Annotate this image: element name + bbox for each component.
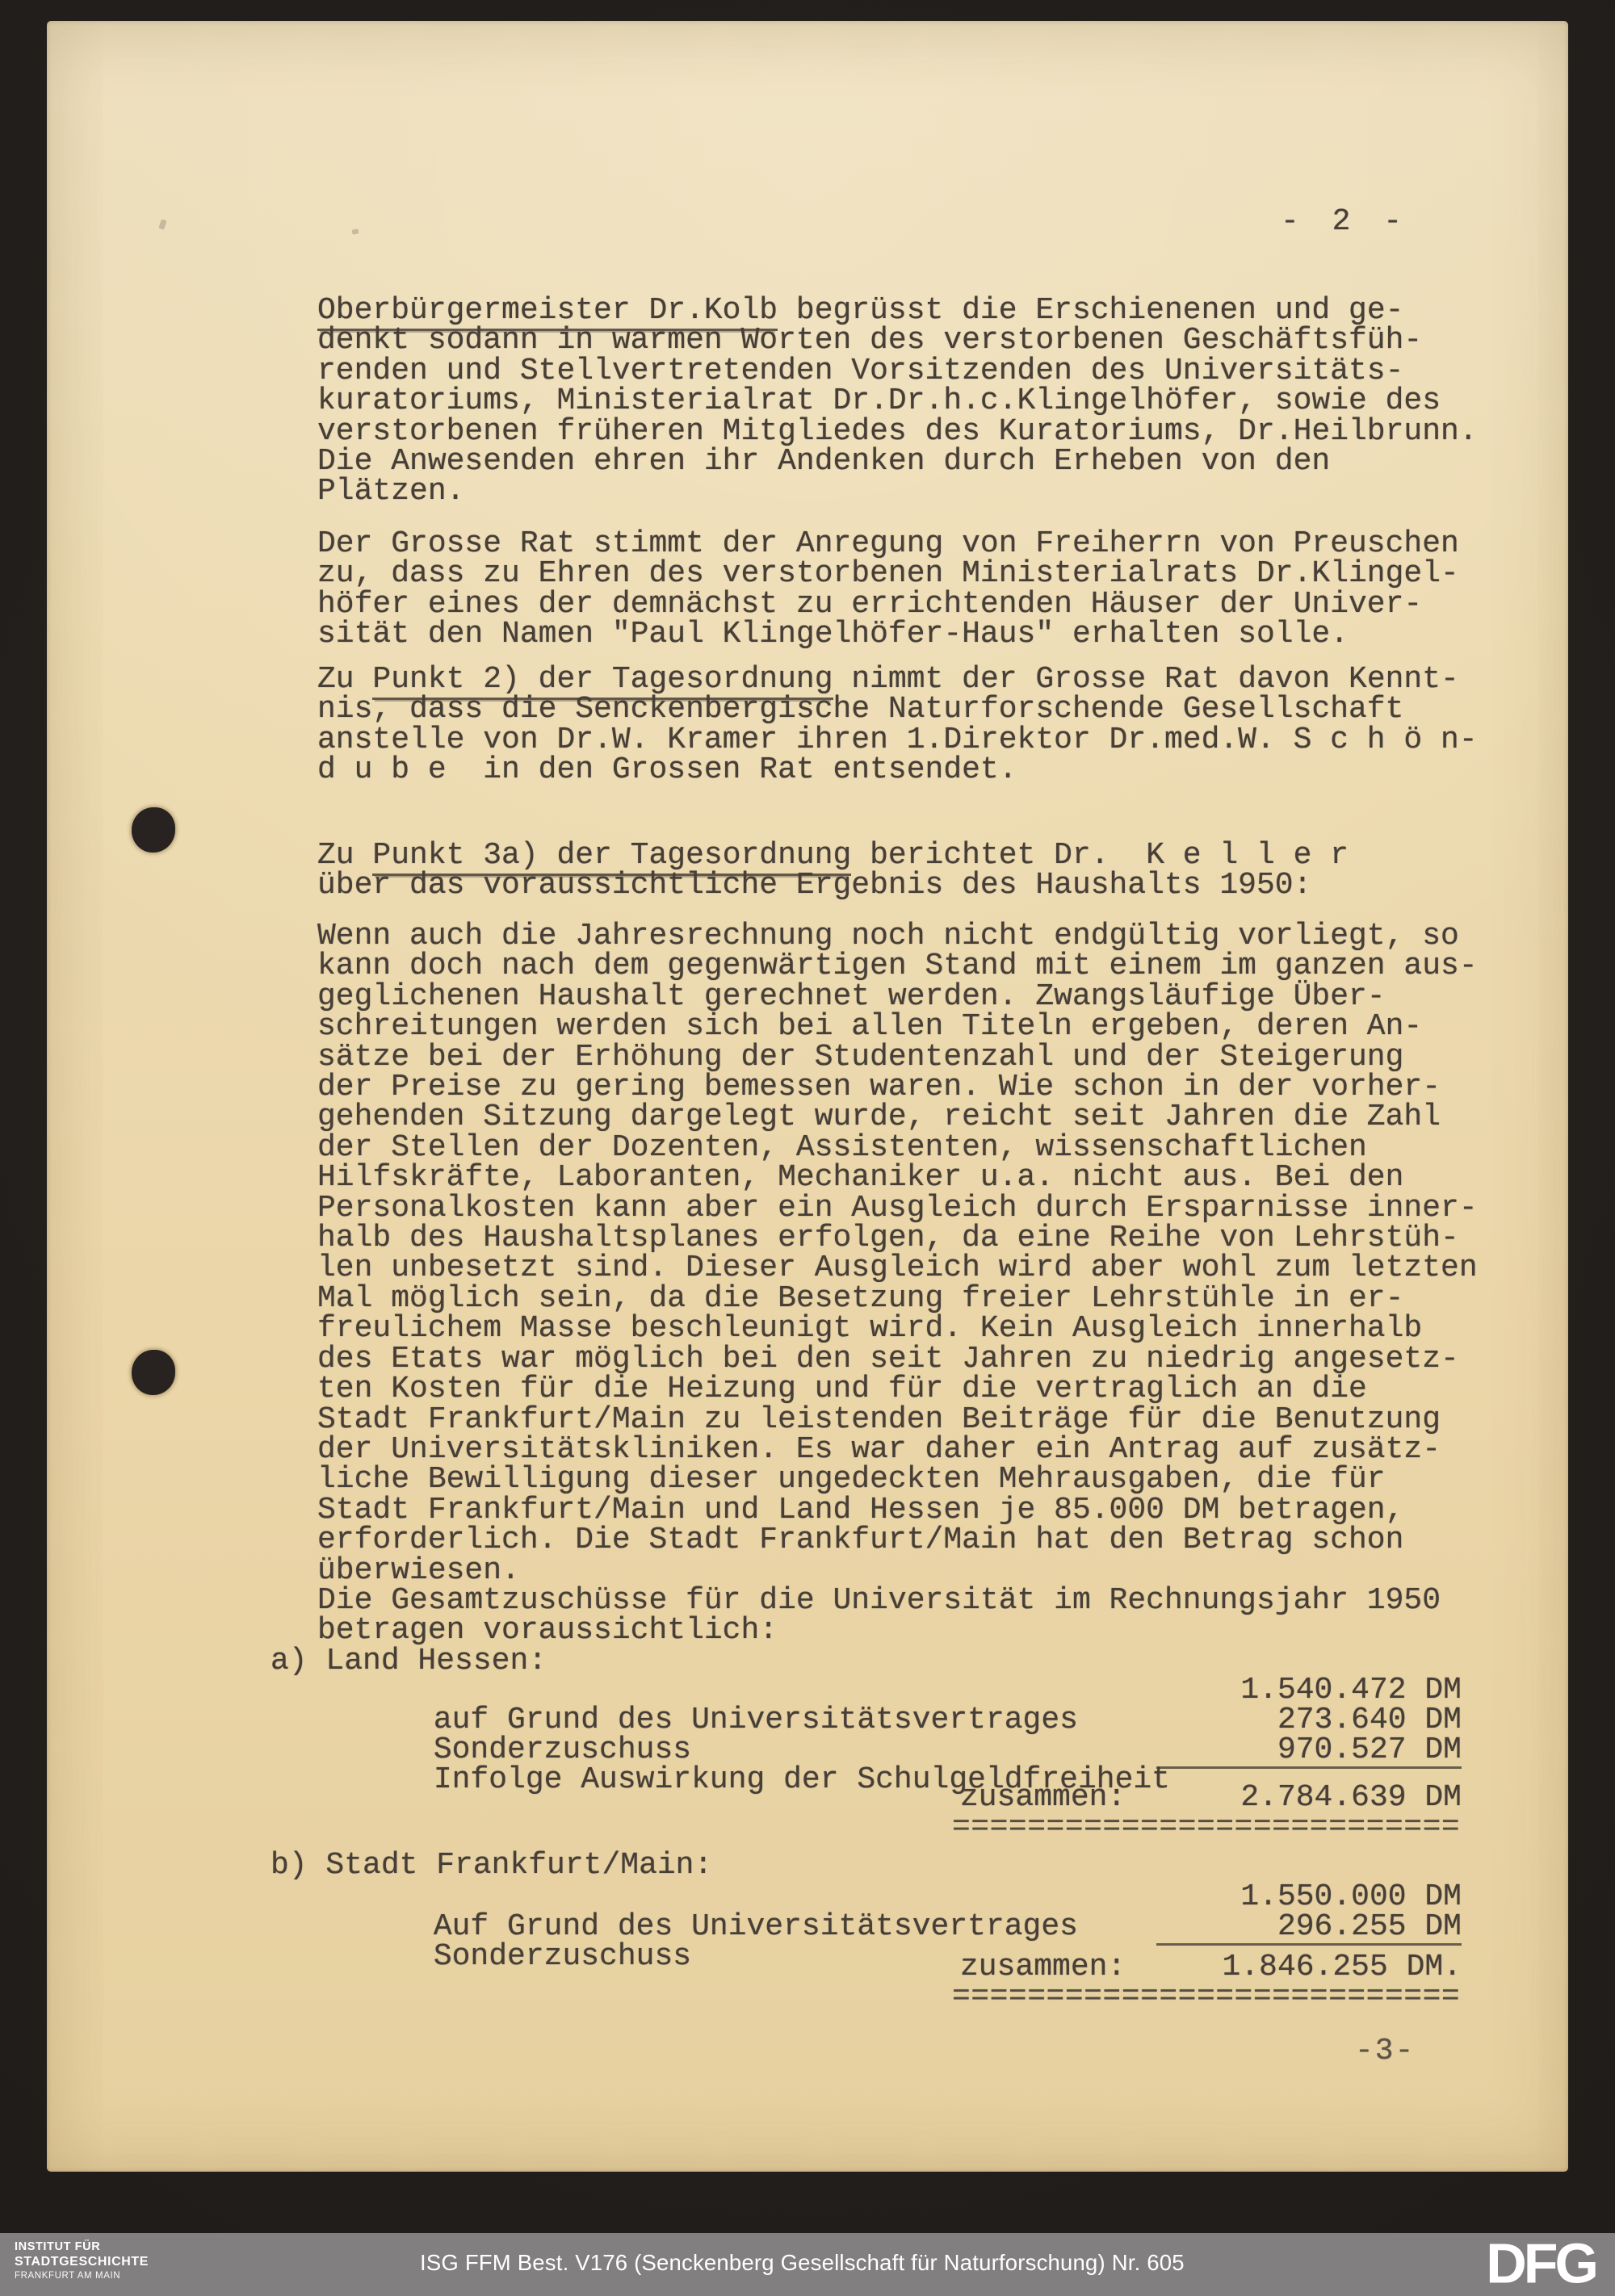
row-amount-underlined: 296.255 DM: [1156, 1912, 1462, 1946]
institute-line1: INSTITUT FÜR: [15, 2239, 149, 2254]
caption-bar: INSTITUT FÜR STADTGESCHICHTE FRANKFURT A…: [0, 2233, 1615, 2296]
total-amount: 1.846.255 DM.: [1223, 1952, 1462, 1982]
row-amount: 1.540.472 DM: [1240, 1675, 1462, 1705]
institute-line3: FRANKFURT AM MAIN: [15, 2269, 149, 2282]
document-page: - 2 - Oberbürgermeister Dr.Kolb begrüsst…: [47, 21, 1568, 2172]
archive-scan-background: - 2 - Oberbürgermeister Dr.Kolb begrüsst…: [0, 0, 1615, 2296]
page-number-top: - 2 -: [1281, 207, 1409, 237]
paragraph-text: Wenn auch die Jahresrechnung noch nicht …: [317, 919, 1478, 1648]
row-amount-underlined: 970.527 DM: [1156, 1735, 1462, 1769]
paragraph-text: begrüsst die Erschienenen und ge- denkt …: [317, 293, 1478, 509]
punch-hole-top: [132, 807, 175, 853]
page-number-bottom: -3-: [1355, 2036, 1415, 2066]
double-rule: ===========================: [952, 1982, 1460, 2012]
section-a-heading: a) Land Hessen:: [271, 1646, 547, 1676]
total-label: zusammen:: [960, 1952, 1126, 1982]
paragraph-punkt-2: Zu Punkt 2) der Tagesordnung nimmt der G…: [317, 664, 1545, 786]
dfg-logo: DFG: [1486, 2235, 1596, 2292]
punch-hole-bottom: [132, 1350, 175, 1395]
institute-logo: INSTITUT FÜR STADTGESCHICHTE FRANKFURT A…: [15, 2239, 149, 2282]
paragraph-haushalt-1950: Wenn auch die Jahresrechnung noch nicht …: [317, 921, 1545, 1646]
total-amount: 2.784.639 DM: [1240, 1783, 1462, 1812]
row-label: Sonderzuschuss: [434, 1939, 691, 1974]
paragraph-grosser-rat: Der Grosse Rat stimmt der Anregung von F…: [317, 529, 1545, 650]
section-b-heading: b) Stadt Frankfurt/Main:: [271, 1850, 712, 1880]
institute-line2: STADTGESCHICHTE: [15, 2254, 149, 2269]
pencil-mark: [351, 228, 359, 235]
row-amount: 1.550.000 DM: [1240, 1882, 1462, 1912]
double-rule: ===========================: [952, 1812, 1460, 1842]
paragraph-obm-kolb: Oberbürgermeister Dr.Kolb begrüsst die E…: [317, 295, 1545, 507]
paragraph-punkt-3a: Zu Punkt 3a) der Tagesordnung berichtet …: [317, 840, 1545, 901]
row-amount: 273.640 DM: [1277, 1705, 1462, 1735]
pencil-mark: [158, 219, 166, 230]
paragraph-text: Der Grosse Rat stimmt der Anregung von F…: [317, 526, 1459, 652]
archive-reference: ISG FFM Best. V176 (Senckenberg Gesellsc…: [420, 2250, 1185, 2276]
total-label: zusammen:: [960, 1783, 1126, 1812]
